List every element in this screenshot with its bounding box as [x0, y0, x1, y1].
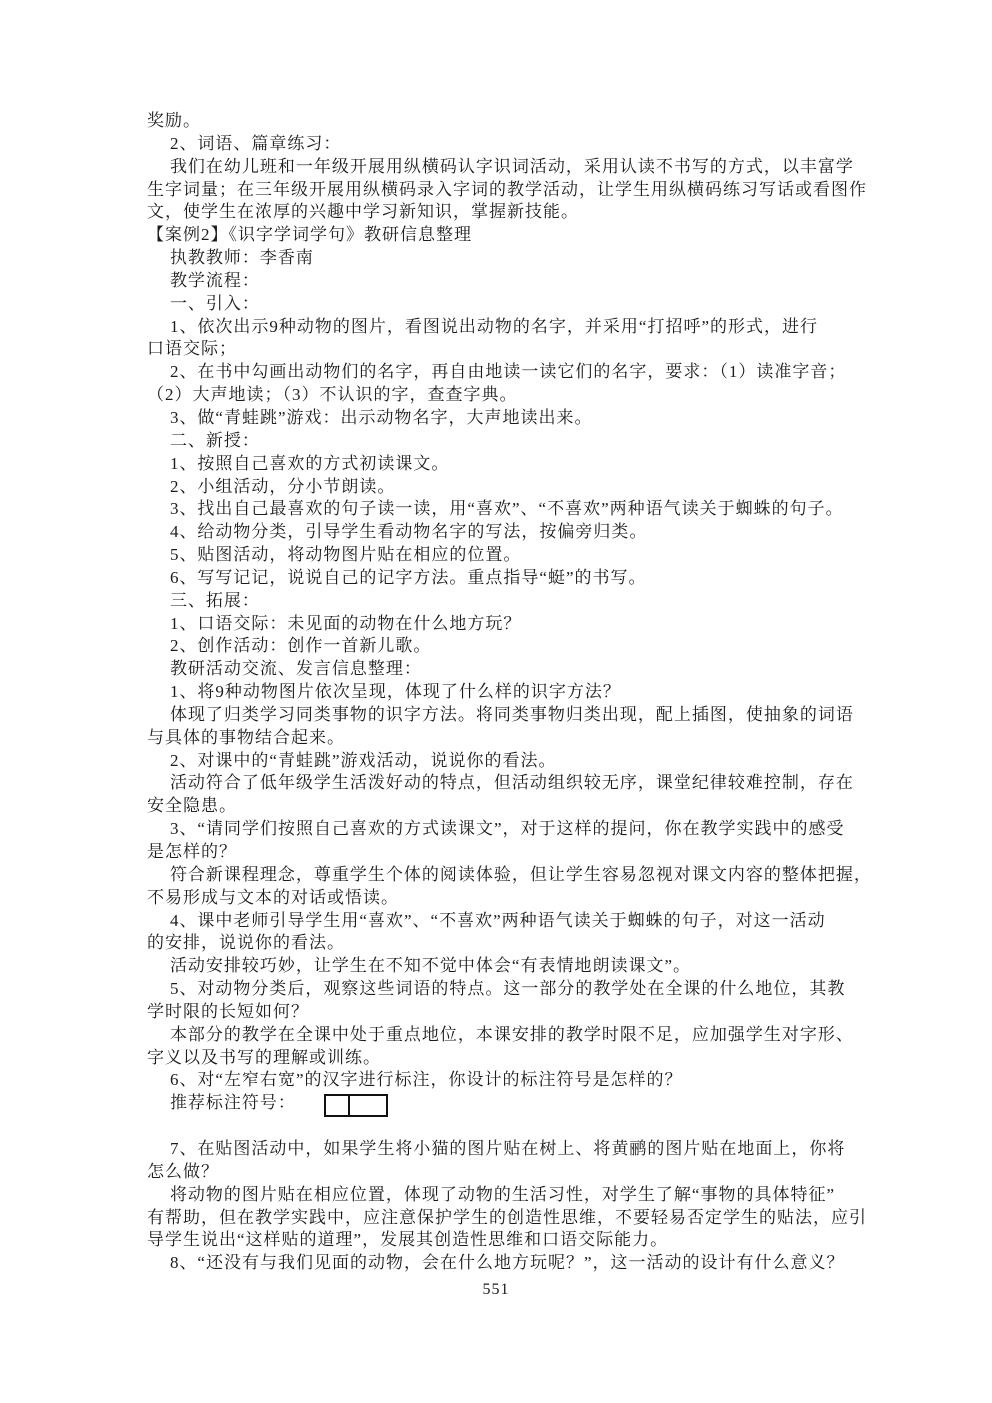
text-line-content: 1、将9种动物图片依次呈现，体现了什么样的识字方法？ [170, 682, 621, 701]
text-line-content: （2）大声地读；（3）不认识的字，查查字典。 [147, 385, 518, 404]
text-line: 6、写写记记，说说自己的记字方法。重点指导“蜓”的书写。 [147, 567, 859, 590]
text-line-content: 4、给动物分类，引导学生看动物名字的写法，按偏旁归类。 [170, 522, 648, 541]
text-line: 我们在幼儿班和一年级开展用纵横码认字识词活动，采用认读不书写的方式，以丰富学 [147, 156, 859, 179]
text-line-content: 3、“请同学们按照自己喜欢的方式读课文”，对于这样的提问，你在教学实践中的感受 [170, 819, 845, 838]
text-line-content: 2、在书中勾画出动物们的名字，再自由地读一读它们的名字，要求：（1）读准字音； [170, 362, 847, 381]
text-line: 2、在书中勾画出动物们的名字，再自由地读一读它们的名字，要求：（1）读准字音； [147, 361, 859, 384]
text-line: 符合新课程理念，尊重学生个体的阅读体验，但让学生容易忽视对课文内容的整体把握， [147, 864, 859, 887]
text-line-content: 活动符合了低年级学生活泼好动的特点，但活动组织较无序，课堂纪律较难控制，存在 [170, 773, 854, 792]
text-line: 二、新授： [147, 430, 859, 453]
text-line: 3、“请同学们按照自己喜欢的方式读课文”，对于这样的提问，你在教学实践中的感受 [147, 818, 859, 841]
text-line: 的安排，说说你的看法。 [147, 932, 859, 955]
text-line: 导学生说出“这样贴的道理”，发展其创造性思维和口语交际能力。 [147, 1229, 859, 1252]
text-line: 本部分的教学在全课中处于重点地位，本课安排的教学时限不足，应加强学生对字形、 [147, 1024, 859, 1047]
text-line: 3、做“青蛙跳”游戏：出示动物名字，大声地读出来。 [147, 407, 859, 430]
text-line-content: 5、贴图活动，将动物图片贴在相应的位置。 [170, 545, 522, 564]
text-line-content: 奖励。 [147, 111, 201, 130]
text-line: 2、对课中的“青蛙跳”游戏活动，说说你的看法。 [147, 750, 859, 773]
text-line-content: 1、依次出示9种动物的图片，看图说出动物的名字，并采用“打招呼”的形式，进行 [170, 317, 818, 336]
text-line: 1、按照自己喜欢的方式初读课文。 [147, 453, 859, 476]
text-line: 体现了归类学习同类事物的识字方法。将同类事物归类出现，配上插图，使抽象的词语 [147, 704, 859, 727]
text-line: 有帮助，但在教学实践中，应注意保护学生的创造性思维，不要轻易否定学生的贴法，应引 [147, 1207, 859, 1230]
text-line-content: 生字词量；在三年级开展用纵横码录入字词的教学活动，让学生用纵横码练习写话或看图作 [147, 180, 867, 199]
text-line-content: 3、找出自己最喜欢的句子读一读，用“喜欢”、“不喜欢”两种语气读关于蜘蛛的句子。 [170, 499, 844, 518]
text-line: 6、对“左窄右宽”的汉字进行标注，你设计的标注符号是怎样的？ [147, 1069, 859, 1092]
text-line-content: 4、课中老师引导学生用“喜欢”、“不喜欢”两种语气读关于蜘蛛的句子，对这一活动 [170, 911, 826, 930]
text-line-content: 安全隐患。 [147, 796, 237, 815]
text-line-content: 有帮助，但在教学实践中，应注意保护学生的创造性思维，不要轻易否定学生的贴法，应引 [147, 1208, 867, 1227]
text-line: 5、对动物分类后，观察这些词语的特点。这一部分的教学处在全课的什么地位，其教 [147, 978, 859, 1001]
text-line: 2、创作活动：创作一首新儿歌。 [147, 635, 859, 658]
text-line: 是怎样的？ [147, 841, 859, 864]
text-line: 活动安排较巧妙，让学生在不知不觉中体会“有表情地朗读课文”。 [147, 955, 859, 978]
text-line: （2）大声地读；（3）不认识的字，查查字典。 [147, 384, 859, 407]
text-line-content: 8、“还没有与我们见面的动物，会在什么地方玩呢？”，这一活动的设计有什么意义？ [170, 1253, 845, 1272]
text-line-content: 将动物的图片贴在相应位置，体现了动物的生活习性，对学生了解“事物的具体特征” [170, 1185, 835, 1204]
text-line-content: 教研活动交流、发言信息整理： [170, 659, 422, 678]
annotation-box-narrow-cell [326, 1096, 350, 1115]
text-line: 3、找出自己最喜欢的句子读一读，用“喜欢”、“不喜欢”两种语气读关于蜘蛛的句子。 [147, 498, 859, 521]
text-line: 4、给动物分类，引导学生看动物名字的写法，按偏旁归类。 [147, 521, 859, 544]
text-line-content: 字义以及书写的理解或训练。 [147, 1048, 381, 1067]
text-line-content: 文，使学生在浓厚的兴趣中学习新知识，掌握新技能。 [147, 202, 579, 221]
text-line: 安全隐患。 [147, 795, 859, 818]
text-line: 1、口语交际：未见面的动物在什么地方玩？ [147, 613, 859, 636]
text-line-content: 3、做“青蛙跳”游戏：出示动物名字，大声地读出来。 [170, 408, 593, 427]
text-line-content: 【案例2】《识字学词学句》教研信息整理 [147, 225, 472, 244]
text-line: 口语交际； [147, 338, 859, 361]
text-line-content: 1、按照自己喜欢的方式初读课文。 [170, 454, 450, 473]
text-line-content: 是怎样的？ [147, 842, 237, 861]
text-line-content: 6、写写记记，说说自己的记字方法。重点指导“蜓”的书写。 [170, 568, 647, 587]
text-line-content: 一、引入： [170, 294, 260, 313]
text-line-content: 口语交际； [147, 339, 237, 358]
text-line: 5、贴图活动，将动物图片贴在相应的位置。 [147, 544, 859, 567]
text-line-content: 导学生说出“这样贴的道理”，发展其创造性思维和口语交际能力。 [147, 1230, 668, 1249]
annotation-symbol-box [324, 1094, 388, 1117]
text-line: 字义以及书写的理解或训练。 [147, 1047, 859, 1070]
text-line: 【案例2】《识字学词学句》教研信息整理 [147, 224, 859, 247]
text-line-content: 活动安排较巧妙，让学生在不知不觉中体会“有表情地朗读课文”。 [170, 956, 691, 975]
text-line: 1、将9种动物图片依次呈现，体现了什么样的识字方法？ [147, 681, 859, 704]
text-line: 生字词量；在三年级开展用纵横码录入字词的教学活动，让学生用纵横码练习写话或看图作 [147, 179, 859, 202]
text-line-content: 5、对动物分类后，观察这些词语的特点。这一部分的教学处在全课的什么地位，其教 [170, 979, 846, 998]
text-line: 教研活动交流、发言信息整理： [147, 658, 859, 681]
text-line-content: 2、对课中的“青蛙跳”游戏活动，说说你的看法。 [170, 751, 557, 770]
text-line-content: 三、拓展： [170, 591, 260, 610]
text-line-content: 符合新课程理念，尊重学生个体的阅读体验，但让学生容易忽视对课文内容的整体把握， [170, 865, 872, 884]
text-line: 活动符合了低年级学生活泼好动的特点，但活动组织较无序，课堂纪律较难控制，存在 [147, 772, 859, 795]
annotation-box-wide-cell [350, 1096, 386, 1115]
text-line: 8、“还没有与我们见面的动物，会在什么地方玩呢？”，这一活动的设计有什么意义？ [147, 1252, 859, 1275]
text-line: 不易形成与文本的对话或悟读。 [147, 887, 859, 910]
text-line-content: 体现了归类学习同类事物的识字方法。将同类事物归类出现，配上插图，使抽象的词语 [170, 705, 854, 724]
text-line-content: 怎么做？ [147, 1162, 219, 1181]
text-line: 文，使学生在浓厚的兴趣中学习新知识，掌握新技能。 [147, 201, 859, 224]
text-line-content: 学时限的长短如何？ [147, 1002, 309, 1021]
text-line: 怎么做？ [147, 1161, 859, 1184]
text-line-content: 2、创作活动：创作一首新儿歌。 [170, 636, 432, 655]
text-line: 学时限的长短如何？ [147, 1001, 859, 1024]
page-body: 奖励。2、词语、篇章练习：我们在幼儿班和一年级开展用纵横码认字识词活动，采用认读… [147, 110, 859, 1275]
text-line-content: 1、口语交际：未见面的动物在什么地方玩？ [170, 614, 522, 633]
text-line-content: 本部分的教学在全课中处于重点地位，本课安排的教学时限不足，应加强学生对字形、 [170, 1025, 854, 1044]
text-line-content: 推荐标注符号： [170, 1093, 296, 1112]
text-line: 三、拓展： [147, 590, 859, 613]
text-line-content: 执教教师：李香南 [170, 248, 314, 267]
text-line: 1、依次出示9种动物的图片，看图说出动物的名字，并采用“打招呼”的形式，进行 [147, 316, 859, 339]
text-line-content: 的安排，说说你的看法。 [147, 933, 345, 952]
text-line: 推荐标注符号： [147, 1092, 859, 1115]
page-number: 551 [0, 1281, 992, 1299]
text-line: 2、词语、篇章练习： [147, 133, 859, 156]
text-line-content: 不易形成与文本的对话或悟读。 [147, 888, 399, 907]
text-line-content: 教学流程： [170, 271, 260, 290]
text-line-content: 我们在幼儿班和一年级开展用纵横码认字识词活动，采用认读不书写的方式，以丰富学 [170, 157, 854, 176]
text-line: 奖励。 [147, 110, 859, 133]
text-line-content: 6、对“左窄右宽”的汉字进行标注，你设计的标注符号是怎样的？ [170, 1070, 683, 1089]
document-page: 奖励。2、词语、篇章练习：我们在幼儿班和一年级开展用纵横码认字识词活动，采用认读… [0, 0, 992, 1403]
text-line: 2、小组活动，分小节朗读。 [147, 476, 859, 499]
text-line: 教学流程： [147, 270, 859, 293]
text-line: 7、在贴图活动中，如果学生将小猫的图片贴在树上、将黄鹂的图片贴在地面上，你将 [147, 1138, 859, 1161]
text-line: 一、引入： [147, 293, 859, 316]
text-line: 4、课中老师引导学生用“喜欢”、“不喜欢”两种语气读关于蜘蛛的句子，对这一活动 [147, 910, 859, 933]
text-line: 与具体的事物结合起来。 [147, 727, 859, 750]
text-line: 将动物的图片贴在相应位置，体现了动物的生活习性，对学生了解“事物的具体特征” [147, 1184, 859, 1207]
text-line-content: 2、词语、篇章练习： [170, 134, 342, 153]
text-line-content: 与具体的事物结合起来。 [147, 728, 345, 747]
text-line-content: 二、新授： [170, 431, 260, 450]
text-line-content: 7、在贴图活动中，如果学生将小猫的图片贴在树上、将黄鹂的图片贴在地面上，你将 [170, 1139, 846, 1158]
text-line-content: 2、小组活动，分小节朗读。 [170, 477, 396, 496]
text-line: 执教教师：李香南 [147, 247, 859, 270]
